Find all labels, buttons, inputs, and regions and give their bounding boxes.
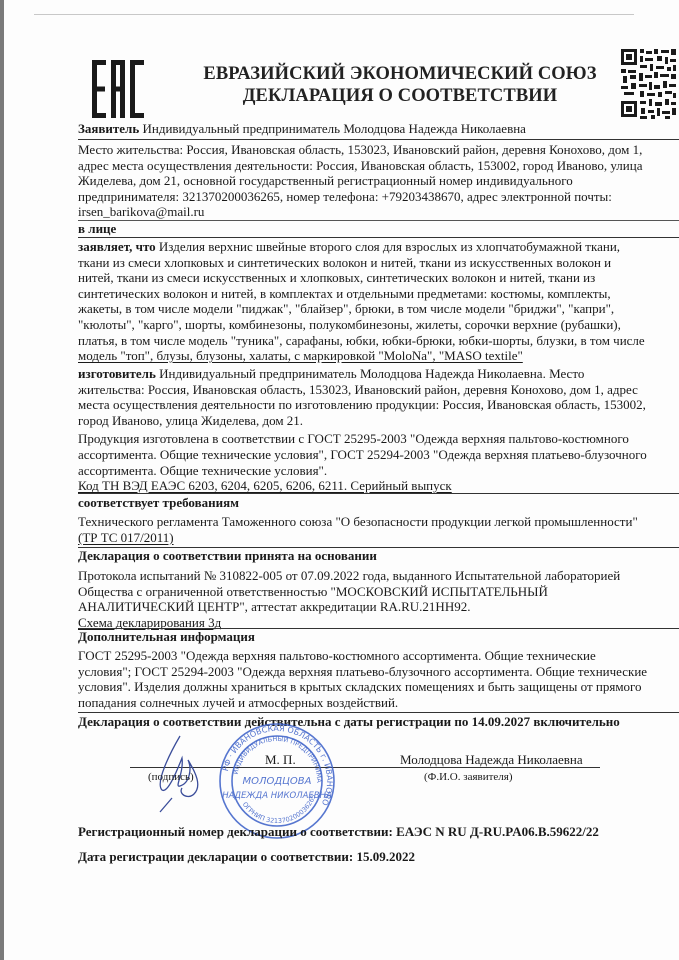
address-line: Место жительства: Россия, Ивановская обл… [78, 142, 676, 158]
manufacturer-section: изготовитель Индивидуальный предпринимат… [78, 366, 676, 494]
scan-edge [0, 0, 4, 960]
manufacturer-line: город Иваново, улица Жиделева, дом 21. [78, 413, 676, 429]
regulation-line: Технического регламента Таможенного союз… [78, 514, 678, 530]
address-line: адрес места осуществления деятельности: … [78, 158, 676, 174]
manufacturer-first-line: изготовитель Индивидуальный предпринимат… [78, 366, 676, 382]
regulation-code: (ТР ТС 017/2011) [78, 530, 678, 546]
represented-by-label: в лице [78, 221, 678, 237]
declares-text: Изделия верхнис швейные второго слоя для… [159, 239, 620, 254]
applicant-label: Заявитель [78, 121, 139, 136]
address-line: предпринимателя: 321370200036265, номер … [78, 189, 676, 205]
declaration-page: ЕВРАЗИЙСКИЙ ЭКОНОМИЧЕСКИЙ СОЮЗ ДЕКЛАРАЦИ… [0, 0, 679, 960]
standards-line: ассортимента. Общие технические условия"… [78, 463, 676, 479]
additional-line: попадания солнечных лучей и атмосферных … [78, 695, 676, 711]
applicant-address: Место жительства: Россия, Ивановская обл… [78, 142, 676, 220]
basis-text: Протокола испытаний № 310822-005 от 07.0… [78, 568, 676, 630]
eac-logo-icon [92, 60, 144, 118]
manufacturer-label: изготовитель [78, 366, 156, 381]
registration-number-label: Регистрационный номер декларации о соотв… [78, 824, 393, 839]
complies-text: Технического регламента Таможенного союз… [78, 514, 678, 545]
qr-code-icon [621, 45, 677, 121]
product-description: заявляет, что Изделия верхнис швейные вт… [78, 239, 676, 364]
title-declaration: ДЕКЛАРАЦИЯ О СООТВЕТСТВИИ [190, 85, 610, 107]
registration-date-label: Дата регистрации декларации о соответств… [78, 849, 353, 864]
name-caption: (Ф.И.О. заявителя) [424, 770, 679, 786]
standards-line: ассортимента. Общие технические условия"… [78, 447, 676, 463]
registration-date-row: Дата регистрации декларации о соответств… [78, 849, 678, 865]
declares-line: синтетических волокон и нитей, в комплек… [78, 286, 676, 302]
additional-line: ГОСТ 25295-2003 "Одежда верхняя пальтово… [78, 648, 676, 664]
declares-line: жакеты, в том числе модели "пиджак", "бл… [78, 301, 676, 317]
manufacturer-line: жительства: Россия, Ивановская область, … [78, 382, 676, 398]
basis-line: АНАЛИТИЧЕСКИЙ ЦЕНТР", аттестат аккредита… [78, 599, 676, 615]
declares-label: заявляет, что [78, 239, 156, 254]
declares-line: нитей, ткани из смеси искусственных и хл… [78, 270, 676, 286]
complies-label: соответствует требованиям [78, 495, 678, 511]
declares-line: "кюлоты", "карго", шорты, комбинезоны, п… [78, 317, 676, 333]
standards-line: Продукция изготовлена в соответствии с Г… [78, 431, 676, 447]
additional-label: Дополнительная информация [78, 629, 678, 645]
divider [78, 139, 679, 140]
applicant-row: Заявитель Индивидуальный предприниматель… [78, 121, 678, 137]
basis-line: Протокола испытаний № 310822-005 от 07.0… [78, 568, 676, 584]
document-title: ЕВРАЗИЙСКИЙ ЭКОНОМИЧЕСКИЙ СОЮЗ ДЕКЛАРАЦИ… [190, 63, 610, 107]
basis-label: Декларация о соответствии принята на осн… [78, 548, 678, 564]
basis-line: Общества с ограниченной ответственностью… [78, 584, 676, 600]
tn-ved-code: Код ТН ВЭД ЕАЭС 6203, 6204, 6205, 6206, … [78, 478, 676, 494]
applicant-full-name: Молодцова Надежда Николаевна [400, 752, 679, 768]
manufacturer-text: Индивидуальный предприниматель Молодцова… [159, 366, 584, 381]
title-union: ЕВРАЗИЙСКИЙ ЭКОНОМИЧЕСКИЙ СОЮЗ [190, 63, 610, 85]
applicant-email: irsen_barikova@mail.ru [78, 204, 676, 220]
declares-line: модель "топ", блузы, блузоны, халаты, с … [78, 348, 676, 364]
manufacturer-line: места осуществления деятельности по изго… [78, 397, 676, 413]
registration-number-row: Регистрационный номер декларации о соотв… [78, 824, 678, 840]
svg-text:НАДЕЖДА НИКОЛАЕВНА: НАДЕЖДА НИКОЛАЕВНА [222, 791, 332, 801]
top-divider [34, 14, 634, 15]
registration-number-value: ЕАЭС N RU Д-RU.PA06.B.59622/22 [396, 824, 599, 839]
address-line: Жиделева, дом 21, основной государственн… [78, 173, 676, 189]
additional-line: условия"; ГОСТ 25294-2003 "Одежда верхня… [78, 664, 676, 680]
declares-line: ткани из смеси хлопковых и синтетических… [78, 255, 676, 271]
declares-first-line: заявляет, что Изделия верхнис швейные вт… [78, 239, 676, 255]
additional-text: ГОСТ 25295-2003 "Одежда верхняя пальтово… [78, 648, 676, 710]
applicant-value: Индивидуальный предприниматель Молодцова… [142, 121, 525, 136]
registration-date-value: 15.09.2022 [356, 849, 415, 864]
additional-line: условия". Изделия должны храниться в кры… [78, 679, 676, 695]
svg-text:МОЛОДЦОВА: МОЛОДЦОВА [242, 776, 311, 787]
seal-stamp-icon: РФ · ИВАНОВСКАЯ ОБЛАСТЬ г. ИВАНОВО ИНДИВ… [218, 722, 336, 840]
declares-line: платья, в том числе модель "туника", сар… [78, 333, 676, 349]
